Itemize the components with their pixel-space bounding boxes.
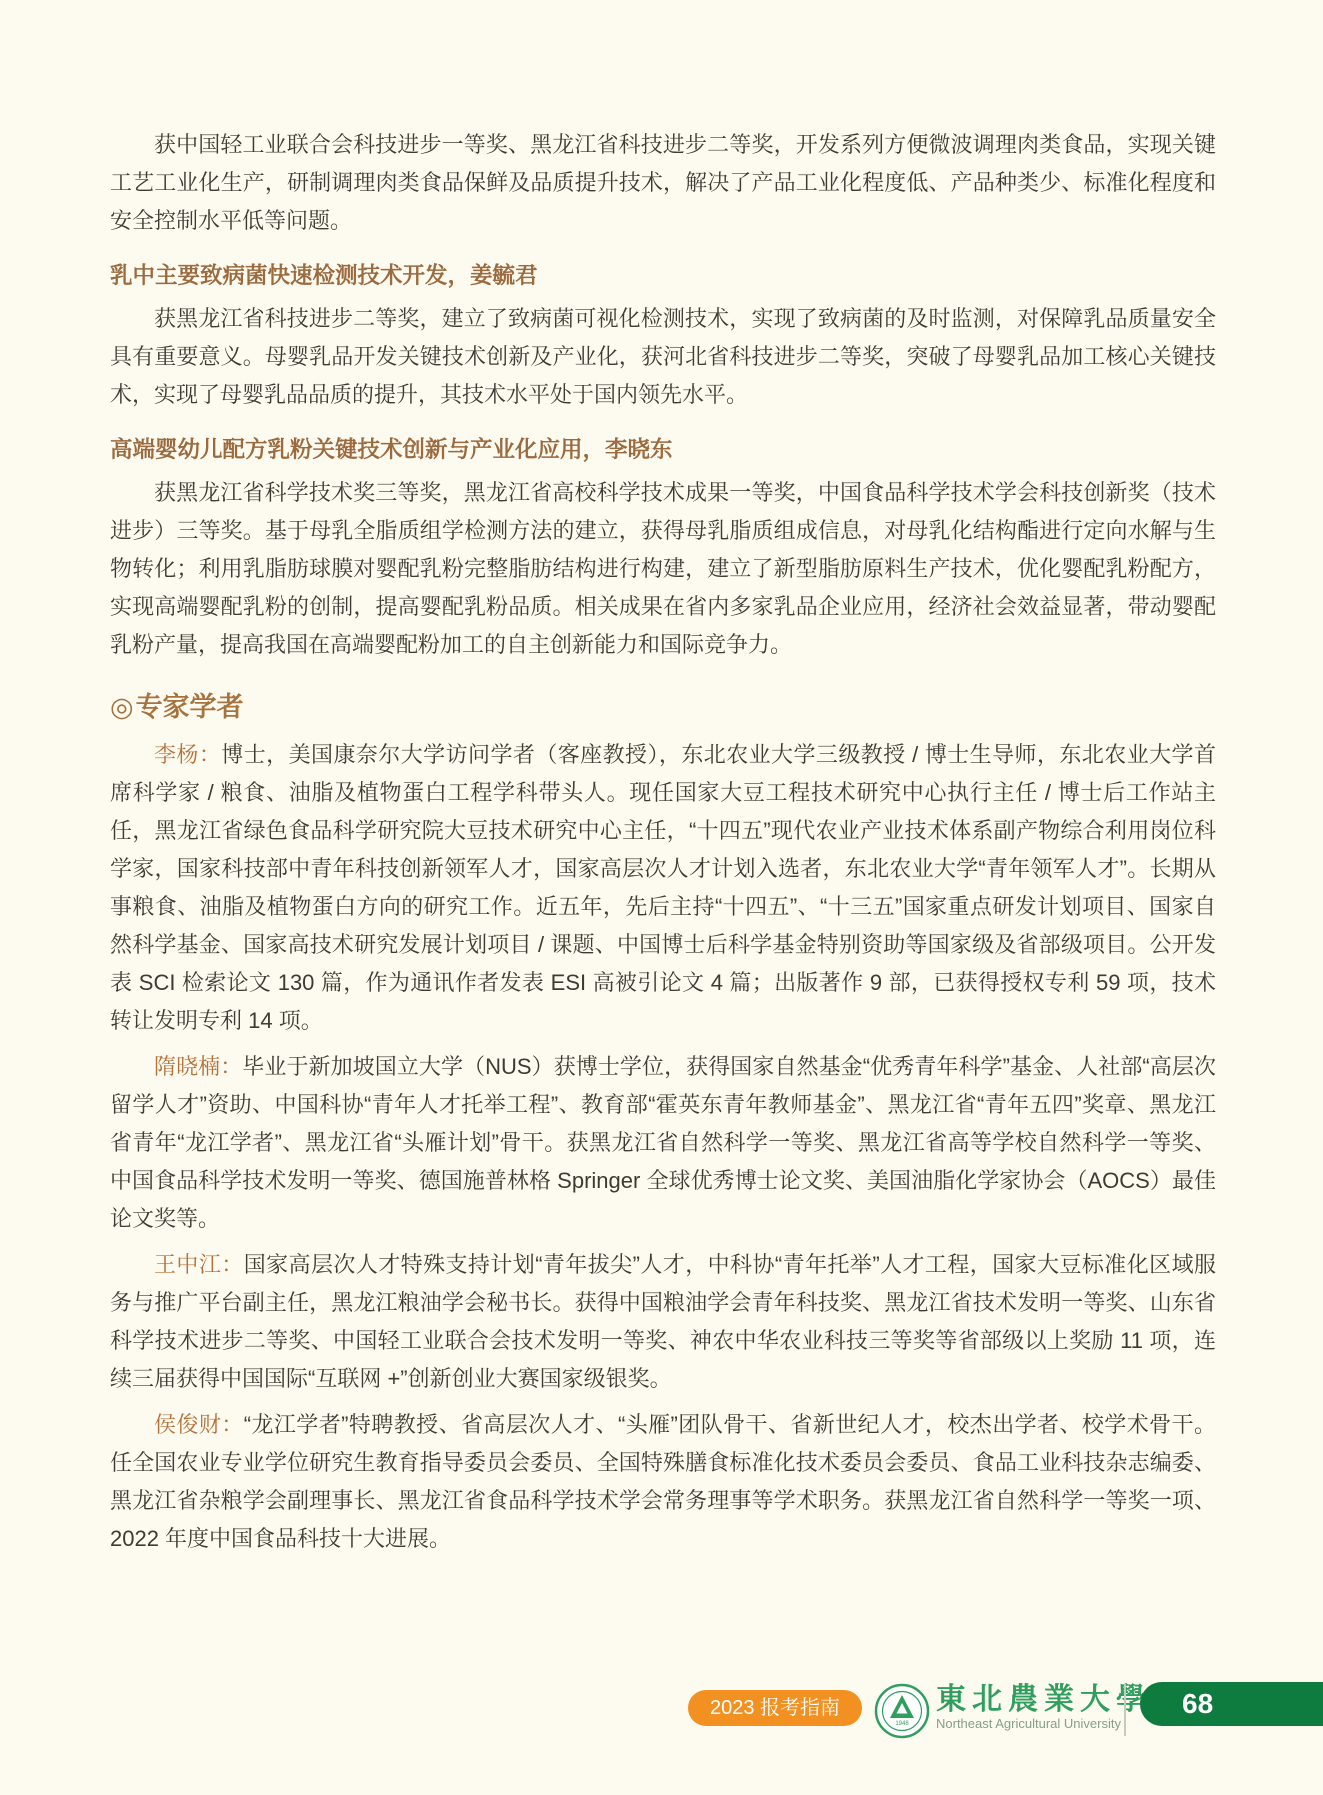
page-footer: 2023 报考指南 1948 東北農業大學 Northeast Agricult… (0, 1680, 1323, 1740)
page-number-badge: 68 (1140, 1682, 1323, 1726)
logo-year-text: 1948 (895, 1721, 909, 1727)
university-name-block: 東北農業大學 Northeast Agricultural University (936, 1684, 1136, 1732)
expert-name-label: 王中江： (154, 1252, 244, 1277)
topic-paragraph-infant-formula: 获黑龙江省科学技术奖三等奖，黑龙江省高校科学技术成果一等奖，中国食品科学技术学会… (110, 474, 1216, 664)
expert-paragraph-houjuncai: 侯俊财：“龙江学者”特聘教授、省高层次人才、“头雁”团队骨干、省新世纪人才，校杰… (110, 1406, 1216, 1558)
expert-paragraph-suixiaonan: 隋晓楠：毕业于新加坡国立大学（NUS）获博士学位，获得国家自然基金“优秀青年科学… (110, 1048, 1216, 1238)
university-name-cn: 東北農業大學 (936, 1684, 1136, 1716)
experts-section-header: ◎专家学者 (110, 688, 1216, 726)
footer-divider (1124, 1684, 1126, 1736)
expert-name-label: 侯俊财： (154, 1412, 244, 1437)
expert-bio-text: “龙江学者”特聘教授、省高层次人才、“头雁”团队骨干、省新世纪人才，校杰出学者、… (110, 1412, 1216, 1551)
topic-heading-infant-formula: 高端婴幼儿配方乳粉关键技术创新与产业化应用，李晓东 (110, 434, 1216, 466)
document-page: { "content": { "intro_paragraph": "获中国轻工… (0, 0, 1323, 1795)
expert-paragraph-liyang: 李杨：博士，美国康奈尔大学访问学者（客座教授），东北农业大学三级教授 / 博士生… (110, 736, 1216, 1040)
expert-name-label: 隋晓楠： (154, 1054, 242, 1079)
expert-bio-text: 毕业于新加坡国立大学（NUS）获博士学位，获得国家自然基金“优秀青年科学”基金、… (110, 1054, 1216, 1231)
guide-badge: 2023 报考指南 (688, 1690, 862, 1726)
university-logo-icon: 1948 (874, 1682, 930, 1740)
topic-paragraph-milk-pathogen: 获黑龙江省科技进步二等奖，建立了致病菌可视化检测技术，实现了致病菌的及时监测，对… (110, 300, 1216, 414)
expert-bio-text: 国家高层次人才特殊支持计划“青年拔尖”人才，中科协“青年托举”人才工程，国家大豆… (110, 1252, 1216, 1391)
expert-paragraph-wangzhongjiang: 王中江：国家高层次人才特殊支持计划“青年拔尖”人才，中科协“青年托举”人才工程，… (110, 1246, 1216, 1398)
expert-name-label: 李杨： (154, 742, 221, 767)
experts-section-title: 专家学者 (136, 692, 244, 722)
intro-paragraph: 获中国轻工业联合会科技进步一等奖、黑龙江省科技进步二等奖，开发系列方便微波调理肉… (110, 126, 1216, 240)
university-name-en: Northeast Agricultural University (936, 1716, 1136, 1732)
topic-heading-milk-pathogen: 乳中主要致病菌快速检测技术开发，姜毓君 (110, 260, 1216, 292)
page-number: 68 (1182, 1688, 1213, 1719)
document-content: 获中国轻工业联合会科技进步一等奖、黑龙江省科技进步二等奖，开发系列方便微波调理肉… (110, 118, 1216, 1566)
section-marker-icon: ◎ (110, 692, 134, 722)
expert-bio-text: 博士，美国康奈尔大学访问学者（客座教授），东北农业大学三级教授 / 博士生导师，… (110, 742, 1216, 1033)
